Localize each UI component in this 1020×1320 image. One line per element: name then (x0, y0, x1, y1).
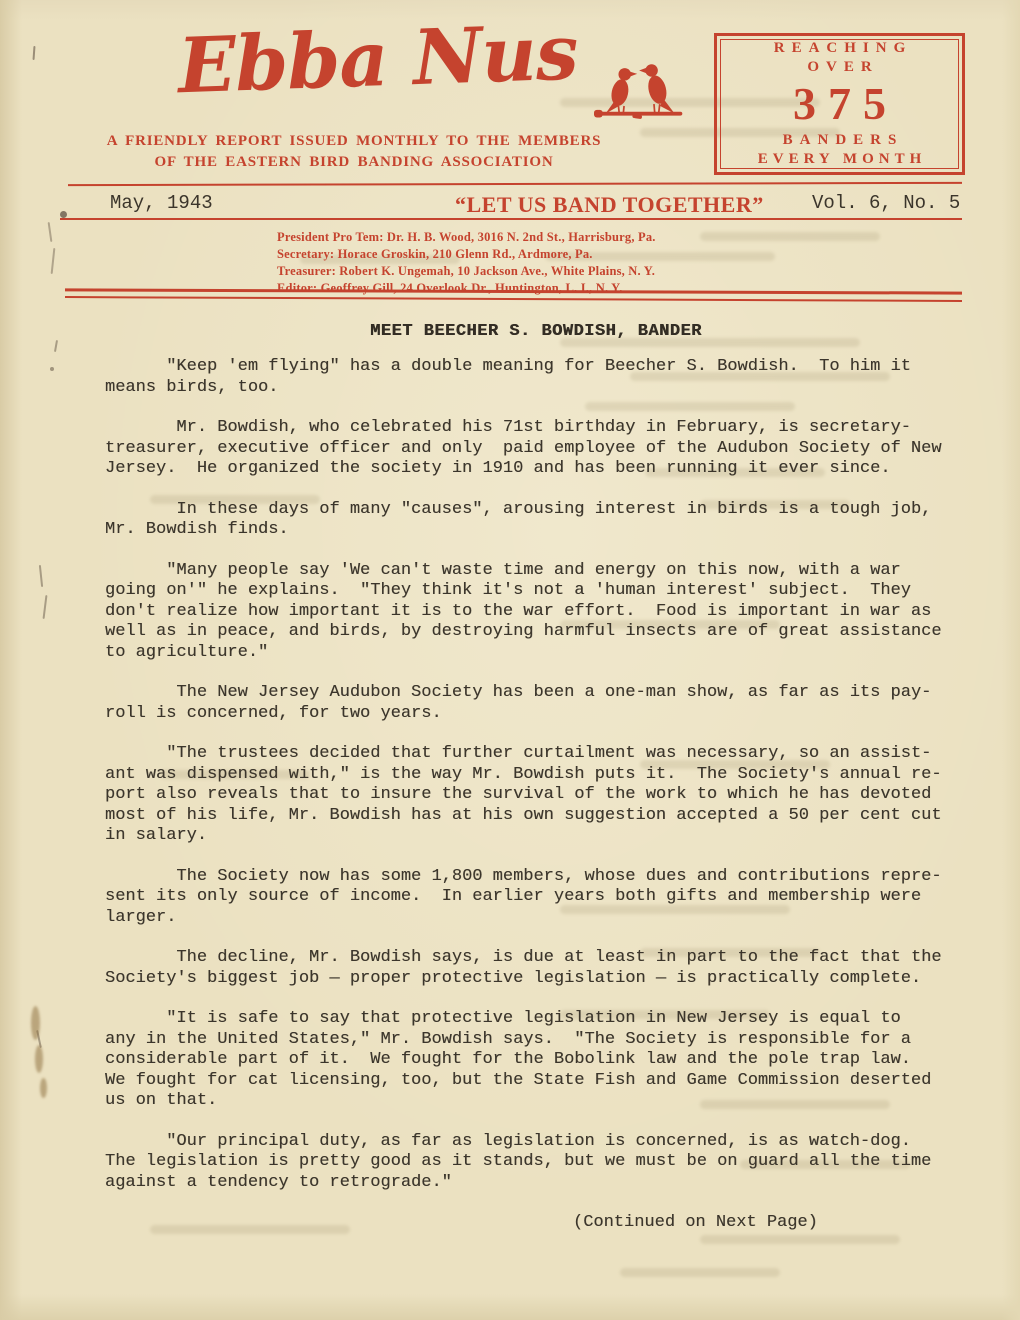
continued-note: (Continued on Next Page) (573, 1213, 967, 1232)
article-paragraph: "The trustees decided that further curta… (105, 744, 967, 847)
rule-top (68, 182, 962, 186)
badge-count: 375 (781, 80, 898, 128)
bleedthrough-line (700, 232, 880, 241)
article-paragraph: The Society now has some 1,800 members, … (105, 867, 967, 929)
newsletter-page: Ebba Nus (0, 0, 1020, 1320)
badge-banders: BANDERS (776, 131, 904, 150)
ink-smudge (40, 1078, 47, 1098)
article-paragraph: "Our principal duty, as far as legislati… (105, 1132, 967, 1194)
rule-below-dateline (60, 218, 962, 220)
article: MEET BEECHER S. BOWDISH, BANDER "Keep 'e… (105, 322, 967, 1232)
officers-block: President Pro Tem: Dr. H. B. Wood, 3016 … (277, 229, 656, 297)
badge-every-month: EVERY MONTH (753, 150, 927, 169)
motto: “LET US BAND TOGETHER” (455, 192, 764, 218)
article-paragraph: The decline, Mr. Bowdish says, is due at… (105, 948, 967, 989)
officer-line: Secretary: Horace Groskin, 210 Glenn Rd.… (277, 246, 656, 263)
masthead-subtitle: A FRIENDLY REPORT ISSUED MONTHLY TO THE … (78, 131, 630, 173)
article-paragraph: "Keep 'em flying" has a double meaning f… (105, 357, 967, 398)
two-birds-on-branch-icon (594, 58, 690, 130)
masthead-title: Ebba Nus (177, 7, 600, 111)
pen-mark (39, 565, 43, 587)
officer-line: President Pro Tem: Dr. H. B. Wood, 3016 … (277, 229, 656, 246)
officer-line: Editor: Geoffrey Gill, 24 Overlook Dr., … (277, 280, 656, 297)
article-paragraph: "Many people say 'We can't waste time an… (105, 561, 967, 664)
pen-mark (43, 595, 48, 619)
article-paragraph: "It is safe to say that protective legis… (105, 1009, 967, 1112)
bleedthrough-line (700, 1235, 900, 1244)
pen-mark (60, 211, 67, 218)
badge-reaching: REACHING (767, 39, 913, 58)
circulation-badge-inner: REACHING OVER 375 BANDERS EVERY MONTH (720, 39, 959, 169)
volume-number: Vol. 6, No. 5 (812, 192, 960, 214)
article-headline: MEET BEECHER S. BOWDISH, BANDER (105, 322, 967, 341)
article-body: "Keep 'em flying" has a double meaning f… (105, 357, 967, 1193)
officer-line: Treasurer: Robert K. Ungemah, 10 Jackson… (277, 263, 656, 280)
article-paragraph: In these days of many "causes", arousing… (105, 500, 967, 541)
article-paragraph: Mr. Bowdish, who celebrated his 71st bir… (105, 418, 967, 480)
badge-over: OVER (800, 58, 878, 77)
ink-smudge (31, 1006, 40, 1040)
subtitle-line-1: A FRIENDLY REPORT ISSUED MONTHLY TO THE … (78, 131, 630, 152)
bleedthrough-line (620, 1268, 780, 1277)
pen-mark (50, 367, 54, 371)
pen-mark (51, 248, 56, 274)
article-paragraph: The New Jersey Audubon Society has been … (105, 683, 967, 724)
circulation-badge: REACHING OVER 375 BANDERS EVERY MONTH (714, 33, 965, 175)
subtitle-line-2: OF THE EASTERN BIRD BANDING ASSOCIATION (78, 152, 630, 173)
ink-smudge (35, 1045, 43, 1073)
pen-mark (54, 340, 58, 352)
pen-mark (33, 46, 36, 60)
pen-mark (48, 222, 53, 242)
issue-date: May, 1943 (110, 192, 213, 214)
